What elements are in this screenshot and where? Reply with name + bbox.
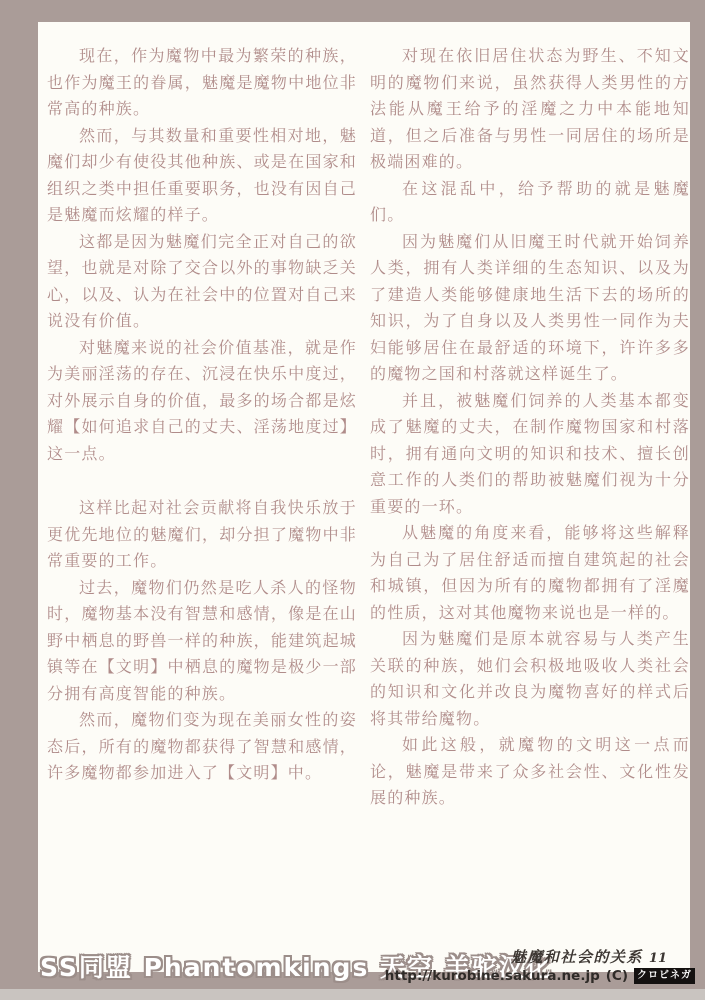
page: 现在，作为魔物中最为繁荣的种族，也作为魔王的眷属，魅魔是魔物中地位非常高的种族。… — [38, 22, 690, 972]
paragraph: 这都是因为魅魔们完全正对自己的欲望，也就是对除了交合以外的事物缺乏关心，以及、认… — [47, 229, 357, 335]
scan-edge-strip — [0, 989, 705, 1000]
paragraph: 对魅魔来说的社会价值基准，就是作为美丽淫荡的存在、沉浸在快乐中度过，对外展示自身… — [47, 335, 357, 468]
paragraph: 然而，魔物们变为现在美丽女性的姿态后，所有的魔物都获得了智慧和感情，许多魔物都参… — [47, 707, 357, 787]
scan-frame: 现在，作为魔物中最为繁荣的种族，也作为魔王的眷属，魅魔是魔物中地位非常高的种族。… — [0, 0, 705, 1000]
footer-url-line: http://kurobine.sakura.ne.jp (C) クロビネガ — [385, 968, 695, 984]
paragraph-gap — [47, 467, 357, 495]
footer-title: 魅魔和社会的关系11 — [511, 946, 667, 967]
paragraph: 然而，与其数量和重要性相对地，魅魔们却少有使役其他种族、或是在国家和组织之类中担… — [47, 123, 357, 229]
paragraph: 对现在依旧居住状态为野生、不知文明的魔物们来说，虽然获得人类男性的方法能从魔王给… — [370, 43, 690, 176]
paragraph: 过去，魔物们仍然是吃人杀人的怪物时，魔物基本没有智慧和感情，像是在山野中栖息的野… — [47, 575, 357, 708]
paragraph: 现在，作为魔物中最为繁荣的种族，也作为魔王的眷属，魅魔是魔物中地位非常高的种族。 — [47, 43, 357, 123]
site-url: http://kurobine.sakura.ne.jp — [385, 968, 600, 984]
paragraph: 在这混乱中，给予帮助的就是魅魔们。 — [370, 176, 690, 229]
copyright-mark: (C) — [606, 968, 628, 984]
page-number: 11 — [649, 951, 667, 966]
paragraph: 从魅魔的角度来看，能够将这些解释为自己为了居住舒适而擅自建筑起的社会和城镇，但因… — [370, 520, 690, 626]
paragraph: 因为魅魔们是原本就容易与人类产生关联的种族，她们会积极地吸收人类社会的知识和文化… — [370, 626, 690, 732]
article-title: 魅魔和社会的关系 — [511, 948, 643, 966]
paragraph: 这样比起对社会贡献将自我快乐放于更优先地位的魅魔们，却分担了魔物中非常重要的工作… — [47, 495, 357, 575]
right-text-column: 对现在依旧居住状态为野生、不知文明的魔物们来说，虽然获得人类男性的方法能从魔王给… — [370, 43, 690, 812]
left-text-column: 现在，作为魔物中最为繁荣的种族，也作为魔王的眷属，魅魔是魔物中地位非常高的种族。… — [47, 43, 357, 787]
kurobinega-logo: クロビネガ — [634, 968, 695, 984]
paragraph: 如此这般，就魔物的文明这一点而论，魅魔是带来了众多社会性、文化性发展的种族。 — [370, 732, 690, 812]
paragraph: 并且，被魅魔们饲养的人类基本都变成了魅魔的丈夫，在制作魔物国家和村落时，拥有通向… — [370, 388, 690, 521]
paragraph: 因为魅魔们从旧魔王时代就开始饲养人类，拥有人类详细的生态知识、以及为了建造人类能… — [370, 229, 690, 388]
